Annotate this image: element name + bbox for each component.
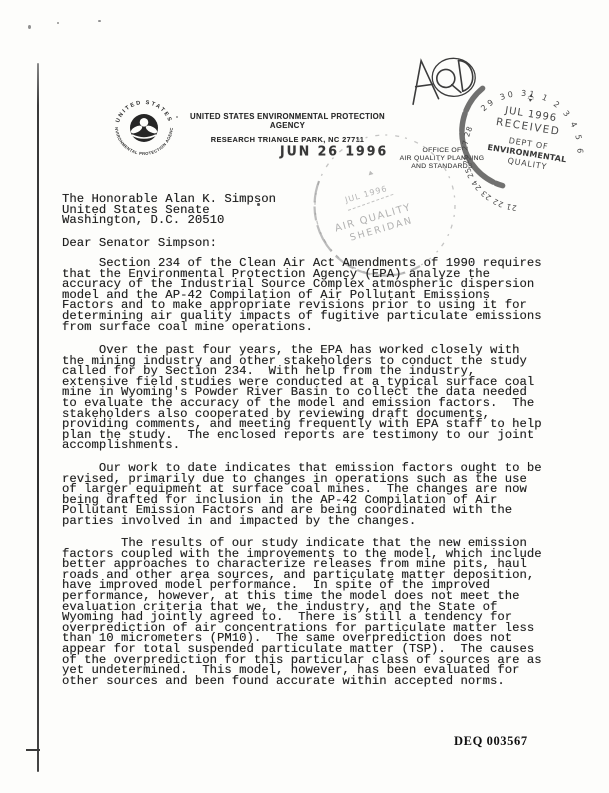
faint-stamp-glyph: [368, 170, 374, 175]
paragraph-2: Over the past four years, the EPA has wo…: [62, 345, 572, 451]
recipient-address: The Honorable Alan K. Simpson United Sta…: [62, 194, 572, 226]
epa-seal-icon: UNITED STATES ENVIRONMENTAL PROTECTION A…: [110, 94, 178, 162]
paragraph-4: The results of our study indicate that t…: [62, 538, 572, 686]
scan-speck: [28, 25, 31, 29]
epa-seal: UNITED STATES ENVIRONMENTAL PROTECTION A…: [110, 94, 178, 162]
scan-speck: [57, 22, 59, 24]
paragraph-1: Section 234 of the Clean Air Act Amendme…: [62, 258, 572, 332]
scan-edge-tick: [26, 749, 40, 751]
paragraph-3: Our work to date indicates that emission…: [62, 463, 572, 527]
scanned-letter-page: UNITED STATES ENVIRONMENTAL PROTECTION A…: [0, 0, 609, 793]
scan-speck: [98, 20, 101, 22]
scan-edge-line: [37, 63, 39, 772]
document-id: DEQ 003567: [454, 734, 528, 749]
salutation: Dear Senator Simpson:: [62, 238, 572, 249]
seal-flower-head: [140, 118, 149, 127]
